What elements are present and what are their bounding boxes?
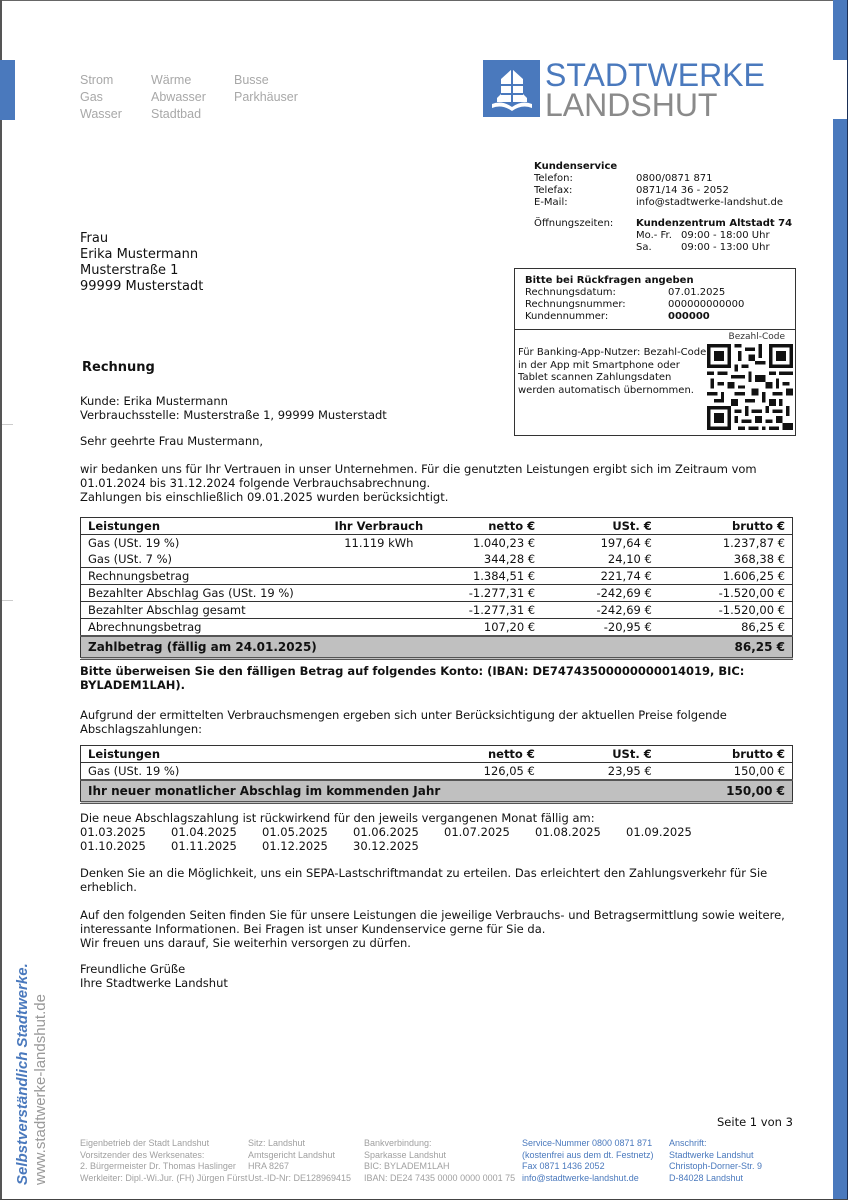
due-dates-list: 01.03.2025 01.04.2025 01.05.2025 01.06.2… xyxy=(80,825,717,853)
company-logo: STADTWERKE LANDSHUT xyxy=(483,60,765,120)
fold-mark xyxy=(2,600,13,601)
contact-row: Telefon:0800/0871 871 xyxy=(534,173,792,185)
footer-bank-info: Bankverbindung: Sparkasse Landshut BIC: … xyxy=(364,1138,515,1184)
service-item: Parkhäuser xyxy=(234,89,314,106)
recipient-address: Frau Erika Mustermann Musterstraße 1 999… xyxy=(80,231,203,295)
total-row: Zahlbetrag (fällig am 24.01.2025) 86,25 … xyxy=(81,636,793,659)
greeting: Sehr geehrte Frau Mustermann, xyxy=(80,434,263,448)
total-row: Ihr neuer monatlicher Abschlag im kommen… xyxy=(81,780,793,803)
due-date: 01.03.2025 xyxy=(80,825,171,839)
email-address: info@stadtwerke-landshut.de xyxy=(636,197,783,209)
fax-number: 0871/14 36 - 2052 xyxy=(636,185,729,197)
due-date: 01.11.2025 xyxy=(171,839,262,853)
table-row: Gas (USt. 7 %) 344,28 € 24,10 € 368,38 € xyxy=(81,551,793,568)
services-list: Strom Wärme Busse Gas Abwasser Parkhäuse… xyxy=(80,72,314,123)
due-date: 30.12.2025 xyxy=(353,839,444,853)
service-item: Gas xyxy=(80,89,151,106)
service-item: Wasser xyxy=(80,106,151,123)
fold-mark xyxy=(2,424,13,425)
customer-info: Kunde: Erika Mustermann Verbrauchsstelle… xyxy=(80,394,387,422)
accent-bar-left xyxy=(0,60,15,120)
accent-bar-right xyxy=(833,119,847,1199)
service-item: Strom xyxy=(80,72,151,89)
qr-label: Bezahl-Code xyxy=(729,331,785,344)
table-row: Abrechnungsbetrag 107,20 € -20,95 € 86,2… xyxy=(81,619,793,637)
footer-address: Anschrift: Stadtwerke Landshut Christoph… xyxy=(669,1138,762,1184)
sepa-note: Denken Sie an die Möglichkeit, uns ein S… xyxy=(80,866,790,894)
reference-box-title: Bitte bei Rückfragen angeben xyxy=(525,275,785,287)
billing-table: Leistungen Ihr Verbrauch netto € USt. € … xyxy=(80,517,793,660)
page-border-top xyxy=(0,0,848,1)
reference-box: Bitte bei Rückfragen angeben Rechnungsda… xyxy=(514,268,796,436)
due-dates-intro: Die neue Abschlagszahlung ist rückwirken… xyxy=(80,811,595,825)
table-row: Rechnungsbetrag 1.384,51 € 221,74 € 1.60… xyxy=(81,568,793,585)
building-book-logo-icon xyxy=(483,60,540,117)
document-title: Rechnung xyxy=(82,360,155,375)
invoice-number: 000000000000 xyxy=(668,299,744,311)
table-row: Bezahlter Abschlag Gas (USt. 19 %) -1.27… xyxy=(81,585,793,602)
due-date: 01.09.2025 xyxy=(626,825,717,839)
due-date: 01.06.2025 xyxy=(353,825,444,839)
slogan-line: Selbstverständlich Stadtwerke. xyxy=(14,963,32,1185)
amount-due-value: 86,25 € xyxy=(659,636,793,659)
footer-registry-info: Sitz: Landshut Amtsgericht Landshut HRA … xyxy=(248,1138,351,1184)
slogan: Selbstverständlich Stadtwerke. www.stadt… xyxy=(14,963,50,1185)
due-date: 01.05.2025 xyxy=(262,825,353,839)
page-number: Seite 1 von 3 xyxy=(717,1115,793,1129)
due-date: 01.04.2025 xyxy=(171,825,262,839)
signature-block: Freundliche Grüße Ihre Stadtwerke Landsh… xyxy=(80,962,228,990)
service-item: Wärme xyxy=(151,72,234,89)
service-item: Abwasser xyxy=(151,89,234,106)
table-row: Gas (USt. 19 %) 11.119 kWh 1.040,23 € 19… xyxy=(81,535,793,552)
footer-company-info: Eigenbetrieb der Stadt Landshut Vorsitze… xyxy=(80,1138,247,1184)
table-row: Gas (USt. 19 %) 126,05 € 23,95 € 150,00 … xyxy=(81,763,793,781)
closing-text: Auf den folgenden Seiten finden Sie für … xyxy=(80,908,810,950)
monthly-installment-value: 150,00 € xyxy=(659,780,793,803)
payment-qr-code-icon xyxy=(707,344,793,430)
intro-text: wir bedanken uns für Ihr Vertrauen in un… xyxy=(80,462,800,504)
installment-table: Leistungen netto € USt. € brutto € Gas (… xyxy=(80,745,793,804)
contact-row: Telefax:0871/14 36 - 2052 xyxy=(534,185,792,197)
invoice-date: 07.01.2025 xyxy=(668,287,725,299)
due-date: 01.12.2025 xyxy=(262,839,353,853)
customer-number: 000000 xyxy=(668,311,710,323)
service-item: Stadtbad xyxy=(151,106,234,123)
customer-service-block: Kundenservice Telefon:0800/0871 871 Tele… xyxy=(534,161,792,254)
logo-line2: LANDSHUT xyxy=(545,90,765,120)
footer-service-info: Service-Nummer 0800 0871 871 (kostenfrei… xyxy=(522,1138,654,1184)
due-date: 01.08.2025 xyxy=(535,825,626,839)
payment-instruction: Bitte überweisen Sie den fälligen Betrag… xyxy=(80,664,800,692)
monthly-installment-label: Ihr neuer monatlicher Abschlag im kommen… xyxy=(81,780,659,803)
opening-hours-row: Öffnungszeiten:Kundenzentrum Altstadt 74 xyxy=(534,218,792,230)
service-item xyxy=(234,106,314,123)
website-url: www.stadtwerke-landshut.de xyxy=(32,963,50,1185)
logo-line1: STADTWERKE xyxy=(545,60,765,90)
accent-bar-right-top xyxy=(833,0,847,60)
installment-intro: Aufgrund der ermittelten Verbrauchsmenge… xyxy=(80,708,800,736)
due-date: 01.07.2025 xyxy=(444,825,535,839)
due-date: 01.10.2025 xyxy=(80,839,171,853)
amount-due-label: Zahlbetrag (fällig am 24.01.2025) xyxy=(81,636,659,659)
phone-number: 0800/0871 871 xyxy=(636,173,713,185)
table-row: Bezahlter Abschlag gesamt -1.277,31 € -2… xyxy=(81,602,793,619)
qr-instructions: Für Banking-App-Nutzer: Bezahl-Code in d… xyxy=(518,347,708,397)
service-item: Busse xyxy=(234,72,314,89)
contact-row: E-Mail:info@stadtwerke-landshut.de xyxy=(534,197,792,209)
customer-service-title: Kundenservice xyxy=(534,161,792,173)
